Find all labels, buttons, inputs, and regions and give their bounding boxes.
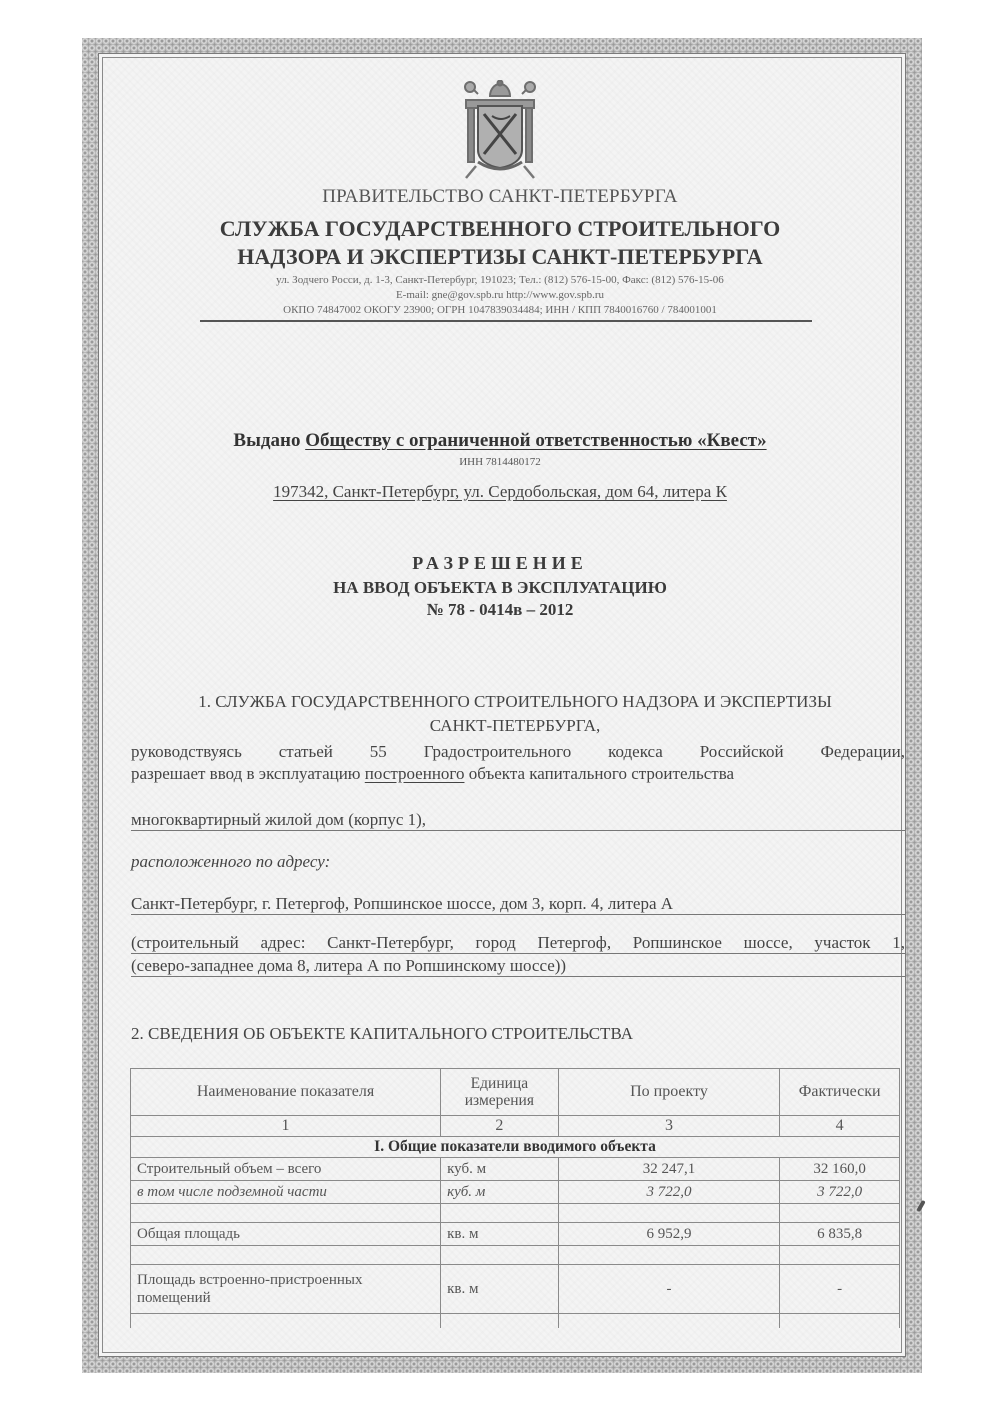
issued-to: Выдано Обществу с ограниченной ответстве… (100, 430, 900, 452)
issued-prefix: Выдано (233, 430, 300, 451)
recipient-inn: ИНН 7814480172 (100, 456, 900, 468)
document-title: РАЗРЕШЕНИЕ (100, 553, 900, 574)
row-project: 6 952,9 (558, 1223, 780, 1246)
service-address: ул. Зодчего Росси, д. 1-3, Санкт-Петербу… (100, 274, 900, 286)
table-continuation-row (131, 1314, 900, 1329)
service-contacts: E-mail: gne@gov.spb.ru http://www.gov.sp… (100, 289, 900, 301)
header-unit-line1: Единица (471, 1075, 528, 1092)
section2-heading: 2. СВЕДЕНИЯ ОБ ОБЪЕКТЕ КАПИТАЛЬНОГО СТРО… (131, 1024, 633, 1044)
table-spacer-row (131, 1246, 900, 1265)
table-row: Строительный объем – всего куб. м 32 247… (131, 1158, 900, 1181)
header-project: По проекту (558, 1069, 780, 1116)
recipient-address-text: 197342, Санкт-Петербург, ул. Сердобольск… (273, 482, 727, 501)
header-name: Наименование показателя (131, 1069, 441, 1116)
row-name: Строительный объем – всего (131, 1158, 441, 1181)
row-name: в том числе подземной части (131, 1181, 441, 1204)
column-number: 1 (131, 1116, 441, 1137)
recipient-address: 197342, Санкт-Петербург, ул. Сердобольск… (100, 482, 900, 502)
table-row: Площадь встроенно-пристроенных помещений… (131, 1265, 900, 1314)
header-unit: Единицаизмерения (441, 1069, 559, 1116)
row-unit: кв. м (441, 1223, 559, 1246)
object-name-field: многоквартирный жилой дом (корпус 1), (131, 810, 905, 831)
table-header-row: Наименование показателя Единицаизмерения… (131, 1069, 900, 1116)
row-unit: куб. м (441, 1158, 559, 1181)
section1-heading-line2: САНКТ-ПЕТЕРБУРГА, (120, 716, 910, 736)
service-name-line2: НАДЗОРА И ЭКСПЕРТИЗЫ САНКТ-ПЕТЕРБУРГА (100, 244, 900, 270)
header-divider (200, 320, 812, 322)
row-project: 32 247,1 (558, 1158, 780, 1181)
building-address-line1: (строительный адрес: Санкт-Петербург, го… (131, 933, 905, 954)
table-row: в том числе подземной части куб. м 3 722… (131, 1181, 900, 1204)
row-actual: 3 722,0 (780, 1181, 900, 1204)
building-address-line2: (северо-западнее дома 8, литера А по Роп… (131, 956, 905, 977)
service-name-line1: СЛУЖБА ГОСУДАРСТВЕННОГО СТРОИТЕЛЬНОГО (100, 216, 900, 242)
table-row: Общая площадь кв. м 6 952,9 6 835,8 (131, 1223, 900, 1246)
row-unit: куб. м (441, 1181, 559, 1204)
object-parameters-table: Наименование показателя Единицаизмерения… (130, 1068, 900, 1328)
text-before: разрешает ввод в эксплуатацию (131, 764, 365, 783)
row-project: - (558, 1265, 780, 1314)
section1-text-line2: разрешает ввод в эксплуатацию построенно… (131, 764, 905, 784)
government-name: ПРАВИТЕЛЬСТВО САНКТ-ПЕТЕРБУРГА (100, 186, 900, 208)
text-after: объекта капитального строительства (464, 764, 734, 783)
column-number: 2 (441, 1116, 559, 1137)
document-subtitle: НА ВВОД ОБЪЕКТА В ЭКСПЛУАТАЦИЮ (100, 578, 900, 598)
located-label: расположенного по адресу: (131, 852, 330, 872)
document-number: № 78 - 0414в – 2012 (100, 600, 900, 620)
table-section-title: I. Общие показатели вводимого объекта (131, 1137, 900, 1158)
column-number: 3 (558, 1116, 780, 1137)
issued-recipient: Обществу с ограниченной ответственностью… (305, 430, 766, 451)
text-underlined: построенного (365, 764, 465, 783)
row-actual: 6 835,8 (780, 1223, 900, 1246)
row-name: Площадь встроенно-пристроенных помещений (131, 1265, 441, 1314)
row-actual: - (780, 1265, 900, 1314)
table-spacer-row (131, 1204, 900, 1223)
coat-of-arms-icon (458, 80, 542, 184)
section1-heading-line1: 1. СЛУЖБА ГОСУДАРСТВЕННОГО СТРОИТЕЛЬНОГО… (120, 692, 910, 712)
object-address-field: Санкт-Петербург, г. Петергоф, Ропшинское… (131, 894, 905, 915)
row-project: 3 722,0 (558, 1181, 780, 1204)
service-codes: ОКПО 74847002 ОКОГУ 23900; ОГРН 10478390… (100, 304, 900, 316)
column-number: 4 (780, 1116, 900, 1137)
row-name: Общая площадь (131, 1223, 441, 1246)
header-actual: Фактически (780, 1069, 900, 1116)
header-unit-line2: измерения (465, 1092, 534, 1109)
row-actual: 32 160,0 (780, 1158, 900, 1181)
row-unit: кв. м (441, 1265, 559, 1314)
column-numbers-row: 1 2 3 4 (131, 1116, 900, 1137)
section1-text-line1: руководствуясь статьей 55 Градостроитель… (131, 742, 905, 762)
table-section-row: I. Общие показатели вводимого объекта (131, 1137, 900, 1158)
